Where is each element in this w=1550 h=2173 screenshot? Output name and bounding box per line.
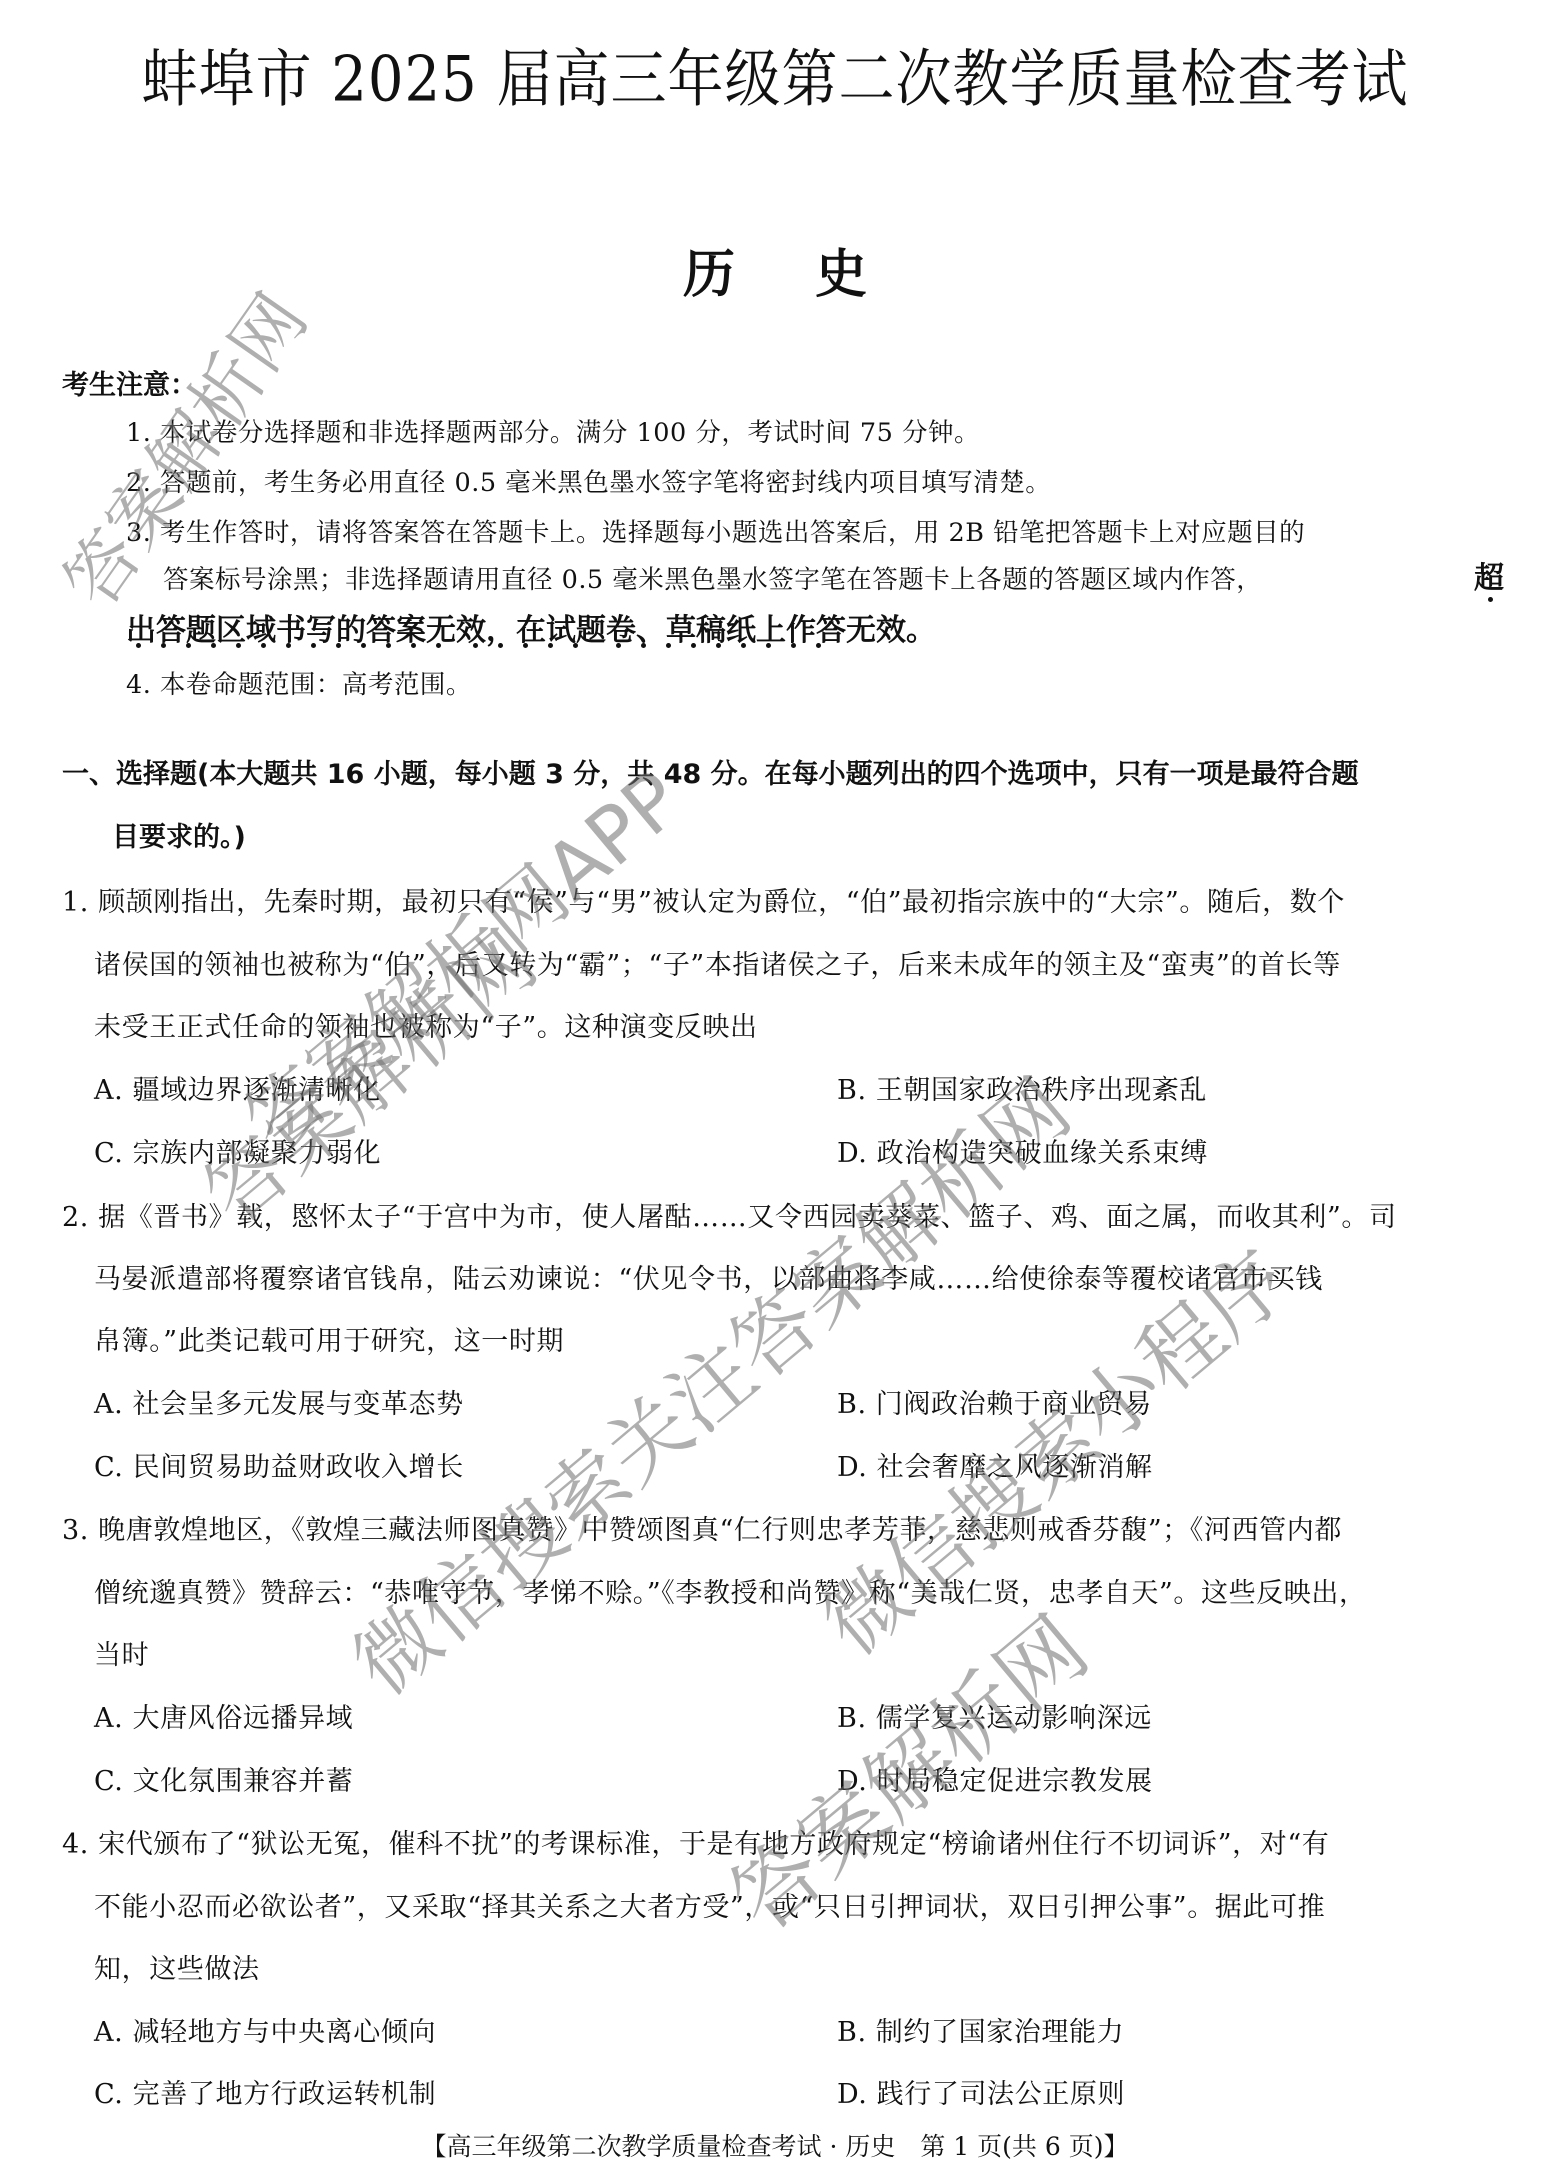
subject-char-1: 历	[683, 245, 735, 305]
question-4-option-d[interactable]: D. 践行了司法公正原则	[837, 2072, 1125, 2111]
section-heading: 一、选择题(本大题共 16 小题，每小题 3 分，共 48 分。在每小题列出的四…	[62, 752, 1359, 791]
question-2-option-c[interactable]: C. 民间贸易助益财政收入增长	[94, 1445, 464, 1484]
question-1-option-b[interactable]: B. 王朝国家政治秩序出现紊乱	[837, 1068, 1207, 1107]
question-3-line-3: 当时	[94, 1633, 149, 1672]
emphasis-dots	[136, 643, 1096, 651]
question-1-option-c[interactable]: C. 宗族内部凝聚力弱化	[94, 1131, 381, 1170]
question-4-line-3: 知，这些做法	[94, 1947, 260, 1986]
question-1-option-d[interactable]: D. 政治构造突破血缘关系束缚	[837, 1131, 1208, 1170]
question-2-option-d[interactable]: D. 社会奢靡之风逐渐消解	[837, 1445, 1153, 1484]
page-footer: 【高三年级第二次教学质量检查考试 · 历史 第 1 页(共 6 页)】	[0, 2127, 1550, 2163]
notice-item-2: 2. 答题前，考生务必用直径 0.5 毫米黑色墨水签字笔将密封线内项目填写清楚。	[126, 463, 1051, 499]
question-1-line-1: 1. 顾颉刚指出，先秦时期，最初只有“侯”与“男”被认定为爵位，“伯”最初指宗族…	[62, 880, 1345, 919]
exam-title: 蚌埠市 2025 届高三年级第二次教学质量检查考试	[0, 30, 1550, 120]
question-1-line-2: 诸侯国的领袖也被称为“伯”，后又转为“霸”；“子”本指诸侯之子，后来未成年的领主…	[94, 943, 1341, 982]
question-2-option-a[interactable]: A. 社会呈多元发展与变革态势	[94, 1382, 464, 1421]
question-3-option-b[interactable]: B. 儒学复兴运动影响深远	[837, 1696, 1152, 1735]
notice-item-3-cont: 答案标号涂黑；非选择题请用直径 0.5 毫米黑色墨水签字笔在答题卡上各题的答题区…	[163, 560, 1262, 596]
question-3-line-2: 僧统邈真赞》赞辞云：“恭唯守节，孝悌不赊。”《李教授和尚赞》称“美哉仁贤，忠孝自…	[94, 1571, 1367, 1610]
notice-heading: 考生注意：	[62, 363, 197, 402]
question-4-option-a[interactable]: A. 减轻地方与中央离心倾向	[94, 2010, 436, 2049]
question-4-option-c[interactable]: C. 完善了地方行政运转机制	[94, 2072, 436, 2111]
notice-item-4: 4. 本卷命题范围：高考范围。	[126, 665, 472, 701]
subject-char-2: 史	[815, 245, 867, 305]
subject-title: 历史	[0, 232, 1550, 307]
emphasis-dot	[1488, 597, 1493, 602]
question-2-line-1: 2. 据《晋书》载，愍怀太子“于宫中为市，使人屠酤……又令西园卖葵菜、篮子、鸡、…	[62, 1195, 1397, 1234]
question-4-line-2: 不能小忍而必欲讼者”，又采取“择其关系之大者方受”，或“只日引押词状，双日引押公…	[94, 1885, 1325, 1924]
question-3-option-d[interactable]: D. 时局稳定促进宗教发展	[837, 1759, 1153, 1798]
question-1-option-a[interactable]: A. 疆域边界逐渐清晰化	[94, 1068, 381, 1107]
notice-item-3: 3. 考生作答时，请将答案答在答题卡上。选择题每小题选出答案后，用 2B 铅笔把…	[126, 513, 1305, 549]
question-4-line-1: 4. 宋代颁布了“狱讼无冤，催科不扰”的考课标准，于是有地方政府规定“榜谕诸州住…	[62, 1822, 1329, 1861]
question-3-option-c[interactable]: C. 文化氛围兼容并蓄	[94, 1759, 353, 1798]
question-3-option-a[interactable]: A. 大唐风俗远播异域	[94, 1696, 353, 1735]
section-heading-cont: 目要求的。)	[112, 815, 246, 854]
question-2-option-b[interactable]: B. 门阀政治赖于商业贸易	[837, 1382, 1152, 1421]
question-3-line-1: 3. 晚唐敦煌地区，《敦煌三藏法师图真赞》中赞颂图真“仁行则忠孝芳菲，慈悲则戒香…	[62, 1508, 1342, 1547]
notice-emphasis-start: 超	[1474, 553, 1504, 597]
notice-item-1: 1. 本试卷分选择题和非选择题两部分。满分 100 分，考试时间 75 分钟。	[126, 413, 980, 449]
question-4-option-b[interactable]: B. 制约了国家治理能力	[837, 2010, 1124, 2049]
question-2-line-3: 帛簿。”此类记载可用于研究，这一时期	[94, 1319, 564, 1358]
question-1-line-3: 未受王正式任命的领袖也被称为“子”。这种演变反映出	[94, 1005, 758, 1044]
question-2-line-2: 马晏派遣部将覆察诸官钱帛，陆云劝谏说：“伏见令书，以部曲将李咸……给使徐泰等覆校…	[94, 1257, 1323, 1296]
